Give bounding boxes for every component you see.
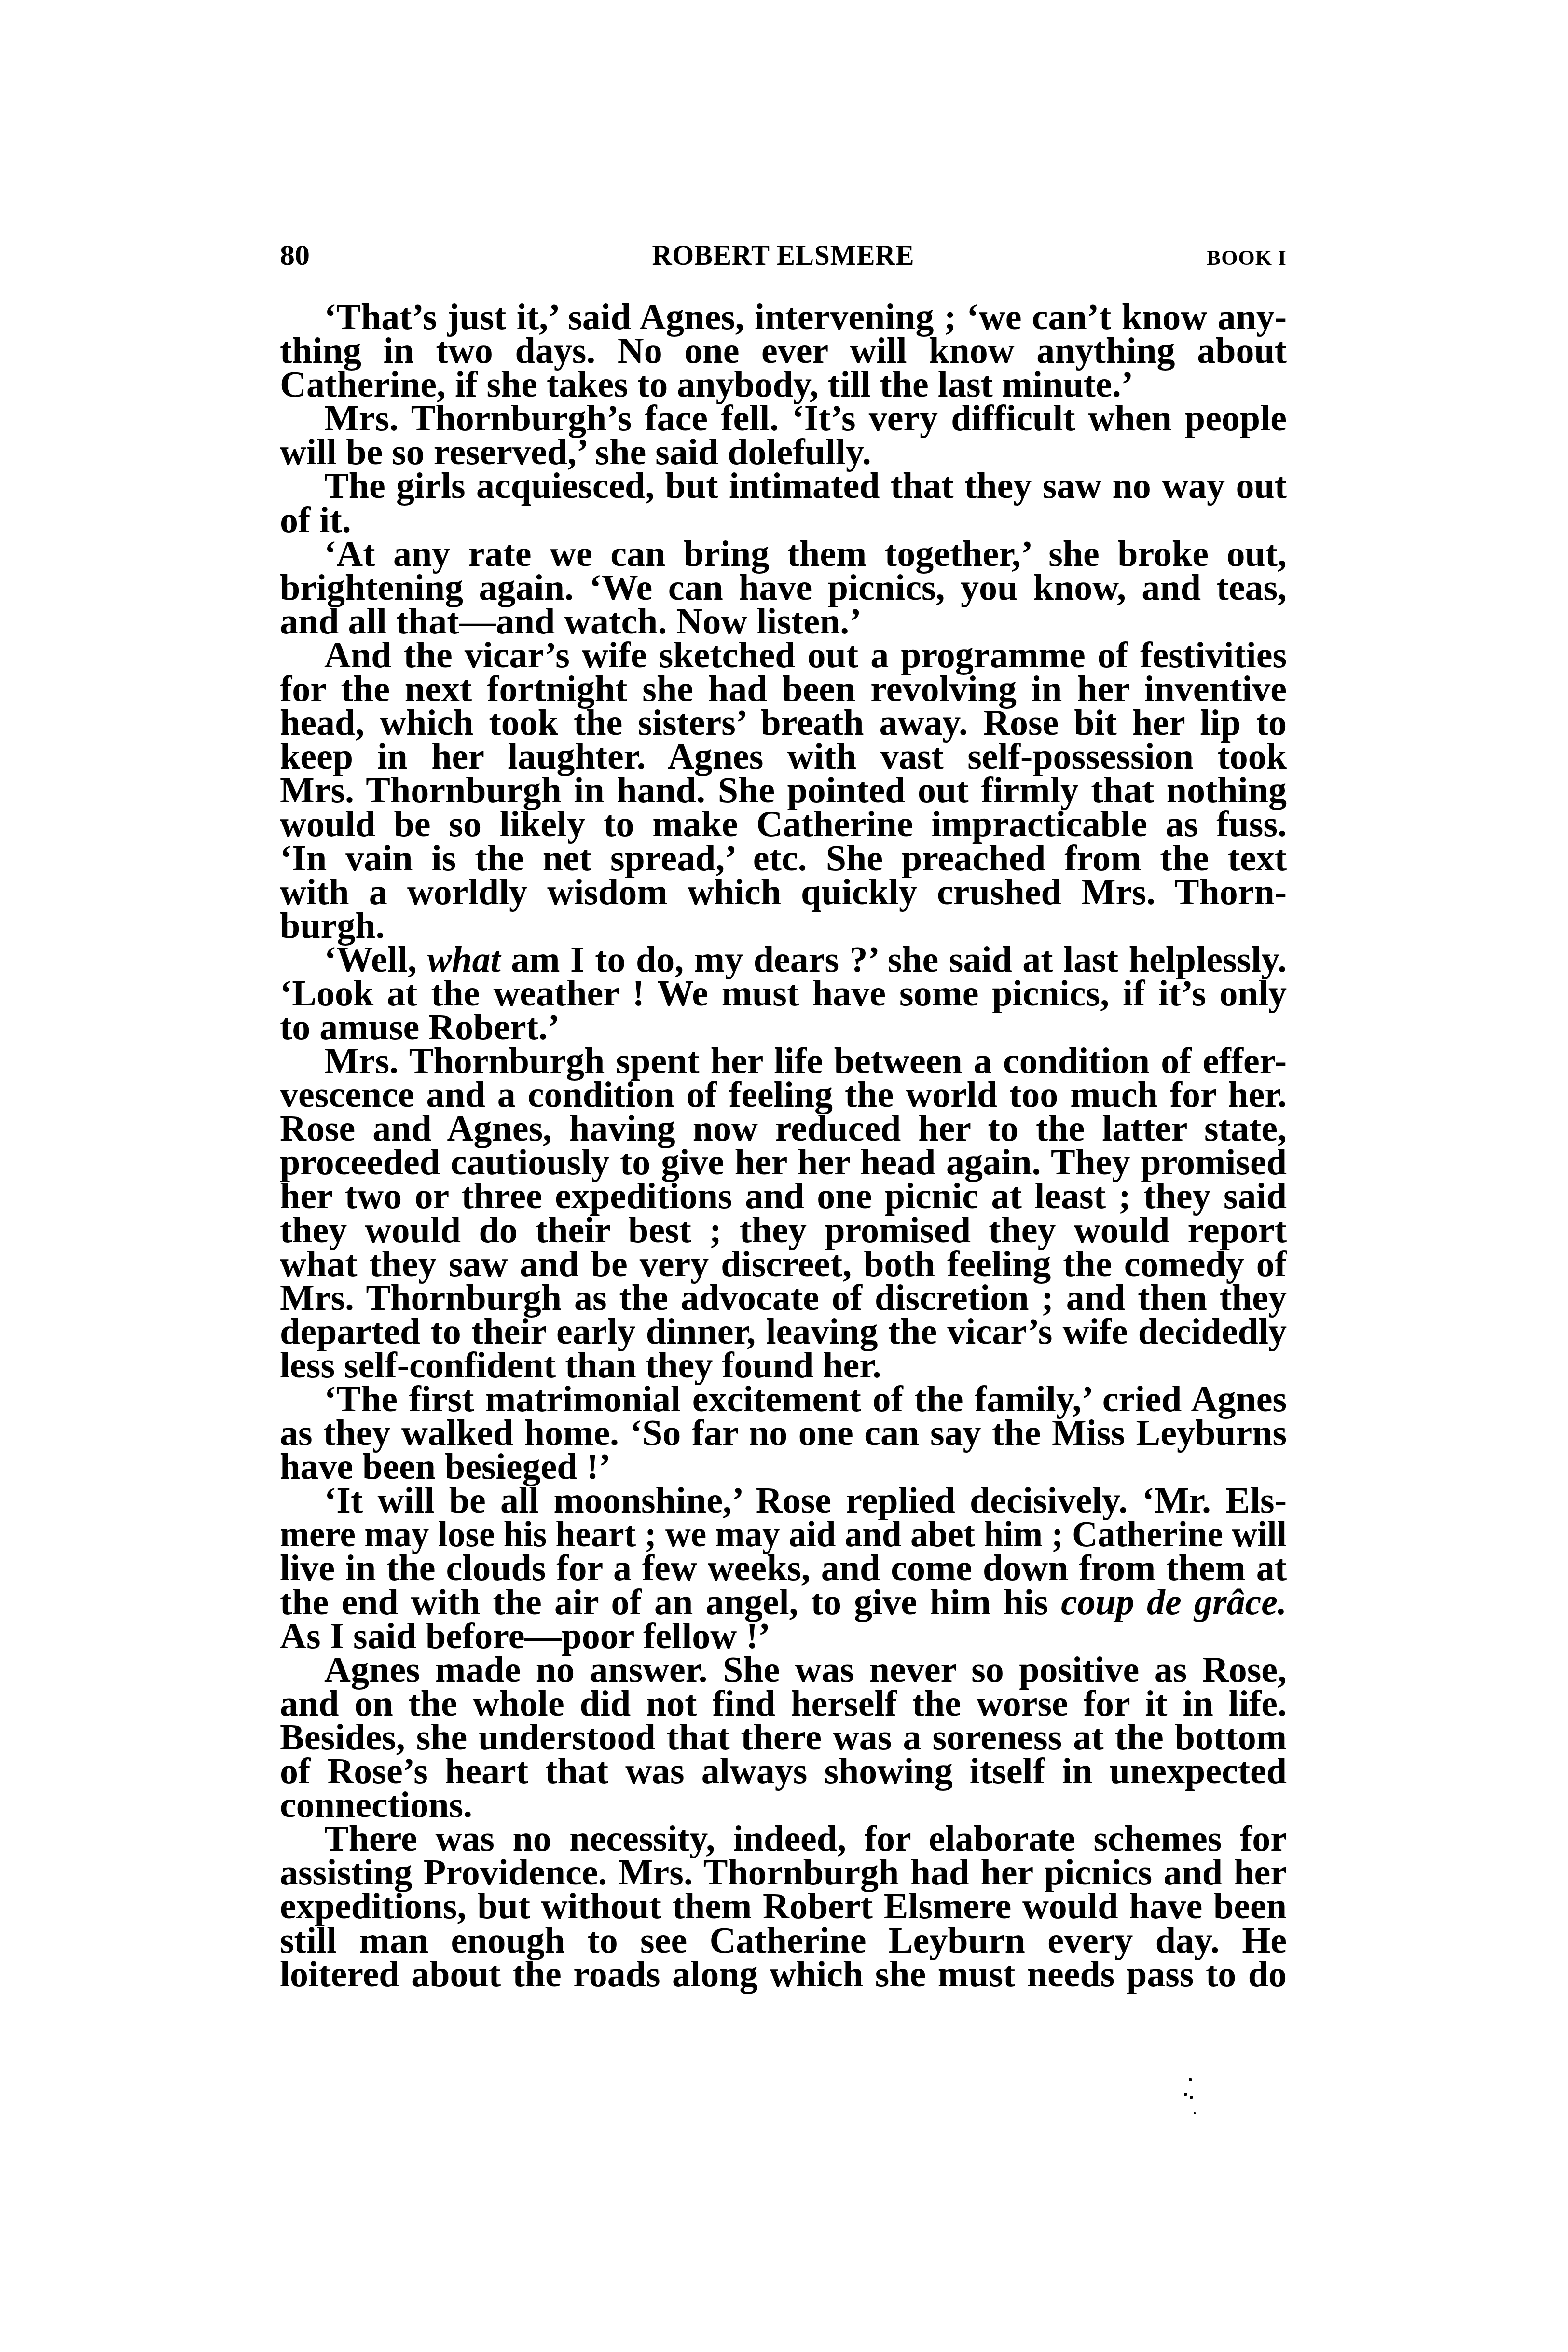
page-number: 80 — [280, 238, 310, 272]
paragraph: There was no necessity, indeed, for elab… — [280, 1818, 1287, 1987]
text-line: And the vicar’s wife sketched out a prog… — [280, 634, 1287, 668]
paragraph: Mrs. Thornburgh spent her life between a… — [280, 1040, 1287, 1378]
paragraph: ‘That’s just it,’ said Agnes, intervenin… — [280, 296, 1287, 398]
text-line: they would do their best ; they promised… — [280, 1210, 1287, 1243]
paragraph: ‘It will be all moonshine,’ Rose replied… — [280, 1480, 1287, 1649]
text-line: ‘At any rate we can bring them together,… — [280, 533, 1287, 567]
text-line: ‘The first matrimonial excitement of the… — [280, 1378, 1287, 1412]
paragraph: The girls acquiesced, but intimated that… — [280, 465, 1287, 533]
text-line: loitered about the roads along which she… — [280, 1953, 1287, 1987]
text-line: The girls acquiesced, but intimated that… — [280, 465, 1287, 499]
paragraph: ‘The first matrimonial excitement of the… — [280, 1378, 1287, 1480]
text-line: Mrs. Thornburgh spent her life between a… — [280, 1040, 1287, 1074]
text-line: thing in two days. No one ever will know… — [280, 330, 1287, 364]
text-line: Mrs. Thornburgh’s face fell. ‘It’s very … — [280, 398, 1287, 431]
text-line: her two or three expeditions and one pic… — [280, 1175, 1287, 1209]
text-line: mere may lose his heart ; we may aid and… — [280, 1513, 1287, 1547]
book-label: BOOK I — [1207, 241, 1287, 275]
text-line: ‘Look at the weather ! We must have some… — [280, 973, 1287, 1006]
text-line: of Rose’s heart that was always showing … — [280, 1750, 1287, 1784]
text-line: There was no necessity, indeed, for elab… — [280, 1818, 1287, 1852]
paragraph: Agnes made no answer. She was never so p… — [280, 1649, 1287, 1818]
paragraph: Mrs. Thornburgh’s face fell. ‘It’s very … — [280, 398, 1287, 465]
book-page: 80 ROBERT ELSMERE BOOK I ‘That’s just it… — [0, 0, 1568, 2352]
text-line: as they walked home. ‘So far no one can … — [280, 1412, 1287, 1446]
text-line: ‘It will be all moonshine,’ Rose replied… — [280, 1480, 1287, 1513]
text-line: ‘That’s just it,’ said Agnes, intervenin… — [280, 296, 1287, 330]
text-line: for the next fortnight she had been revo… — [280, 668, 1287, 702]
text-line: Mrs. Thornburgh in hand. She pointed out… — [280, 770, 1287, 803]
scan-specks — [1177, 2075, 1197, 2118]
text-line: keep in her laughter. Agnes with vast se… — [280, 736, 1287, 770]
text-line: Besides, she understood that there was a… — [280, 1717, 1287, 1750]
text-line: with a worldly wisdom which quickly crus… — [280, 871, 1287, 905]
running-head: 80 ROBERT ELSMERE BOOK I — [280, 238, 1287, 272]
text-line: brightening again. ‘We can have picnics,… — [280, 567, 1287, 601]
text-line: would be so likely to make Catherine imp… — [280, 803, 1287, 837]
body-text: ‘That’s just it,’ said Agnes, intervenin… — [280, 296, 1287, 1987]
text-line: departed to their early dinner, leaving … — [280, 1311, 1287, 1345]
text-line: proceeded cautiously to give her her hea… — [280, 1142, 1287, 1175]
text-line: expeditions, but without them Robert Els… — [280, 1885, 1287, 1919]
emphasis: coup de grâce. — [1061, 1582, 1287, 1623]
text-line: the end with the air of an angel, to giv… — [280, 1582, 1287, 1615]
text-line: Mrs. Thornburgh as the advocate of discr… — [280, 1277, 1287, 1311]
text-line: head, which took the sisters’ breath awa… — [280, 702, 1287, 736]
text-line: what they saw and be very discreet, both… — [280, 1243, 1287, 1277]
text-line: Rose and Agnes, having now reduced her t… — [280, 1108, 1287, 1142]
text-line: ‘In vain is the net spread,’ etc. She pr… — [280, 838, 1287, 871]
paragraph: ‘Well, what am I to do, my dears ?’ she … — [280, 939, 1287, 1040]
text-line: still man enough to see Catherine Leybur… — [280, 1920, 1287, 1953]
text-line: ‘Well, what am I to do, my dears ?’ she … — [280, 939, 1287, 973]
text-line: and on the whole did not find herself th… — [280, 1683, 1287, 1717]
paragraph: And the vicar’s wife sketched out a prog… — [280, 634, 1287, 939]
paragraph: ‘At any rate we can bring them together,… — [280, 533, 1287, 634]
text-line: assisting Providence. Mrs. Thornburgh ha… — [280, 1852, 1287, 1885]
running-title: ROBERT ELSMERE — [320, 238, 1246, 272]
text-line: vescence and a condition of feeling the … — [280, 1074, 1287, 1108]
text-line: Agnes made no answer. She was never so p… — [280, 1649, 1287, 1683]
